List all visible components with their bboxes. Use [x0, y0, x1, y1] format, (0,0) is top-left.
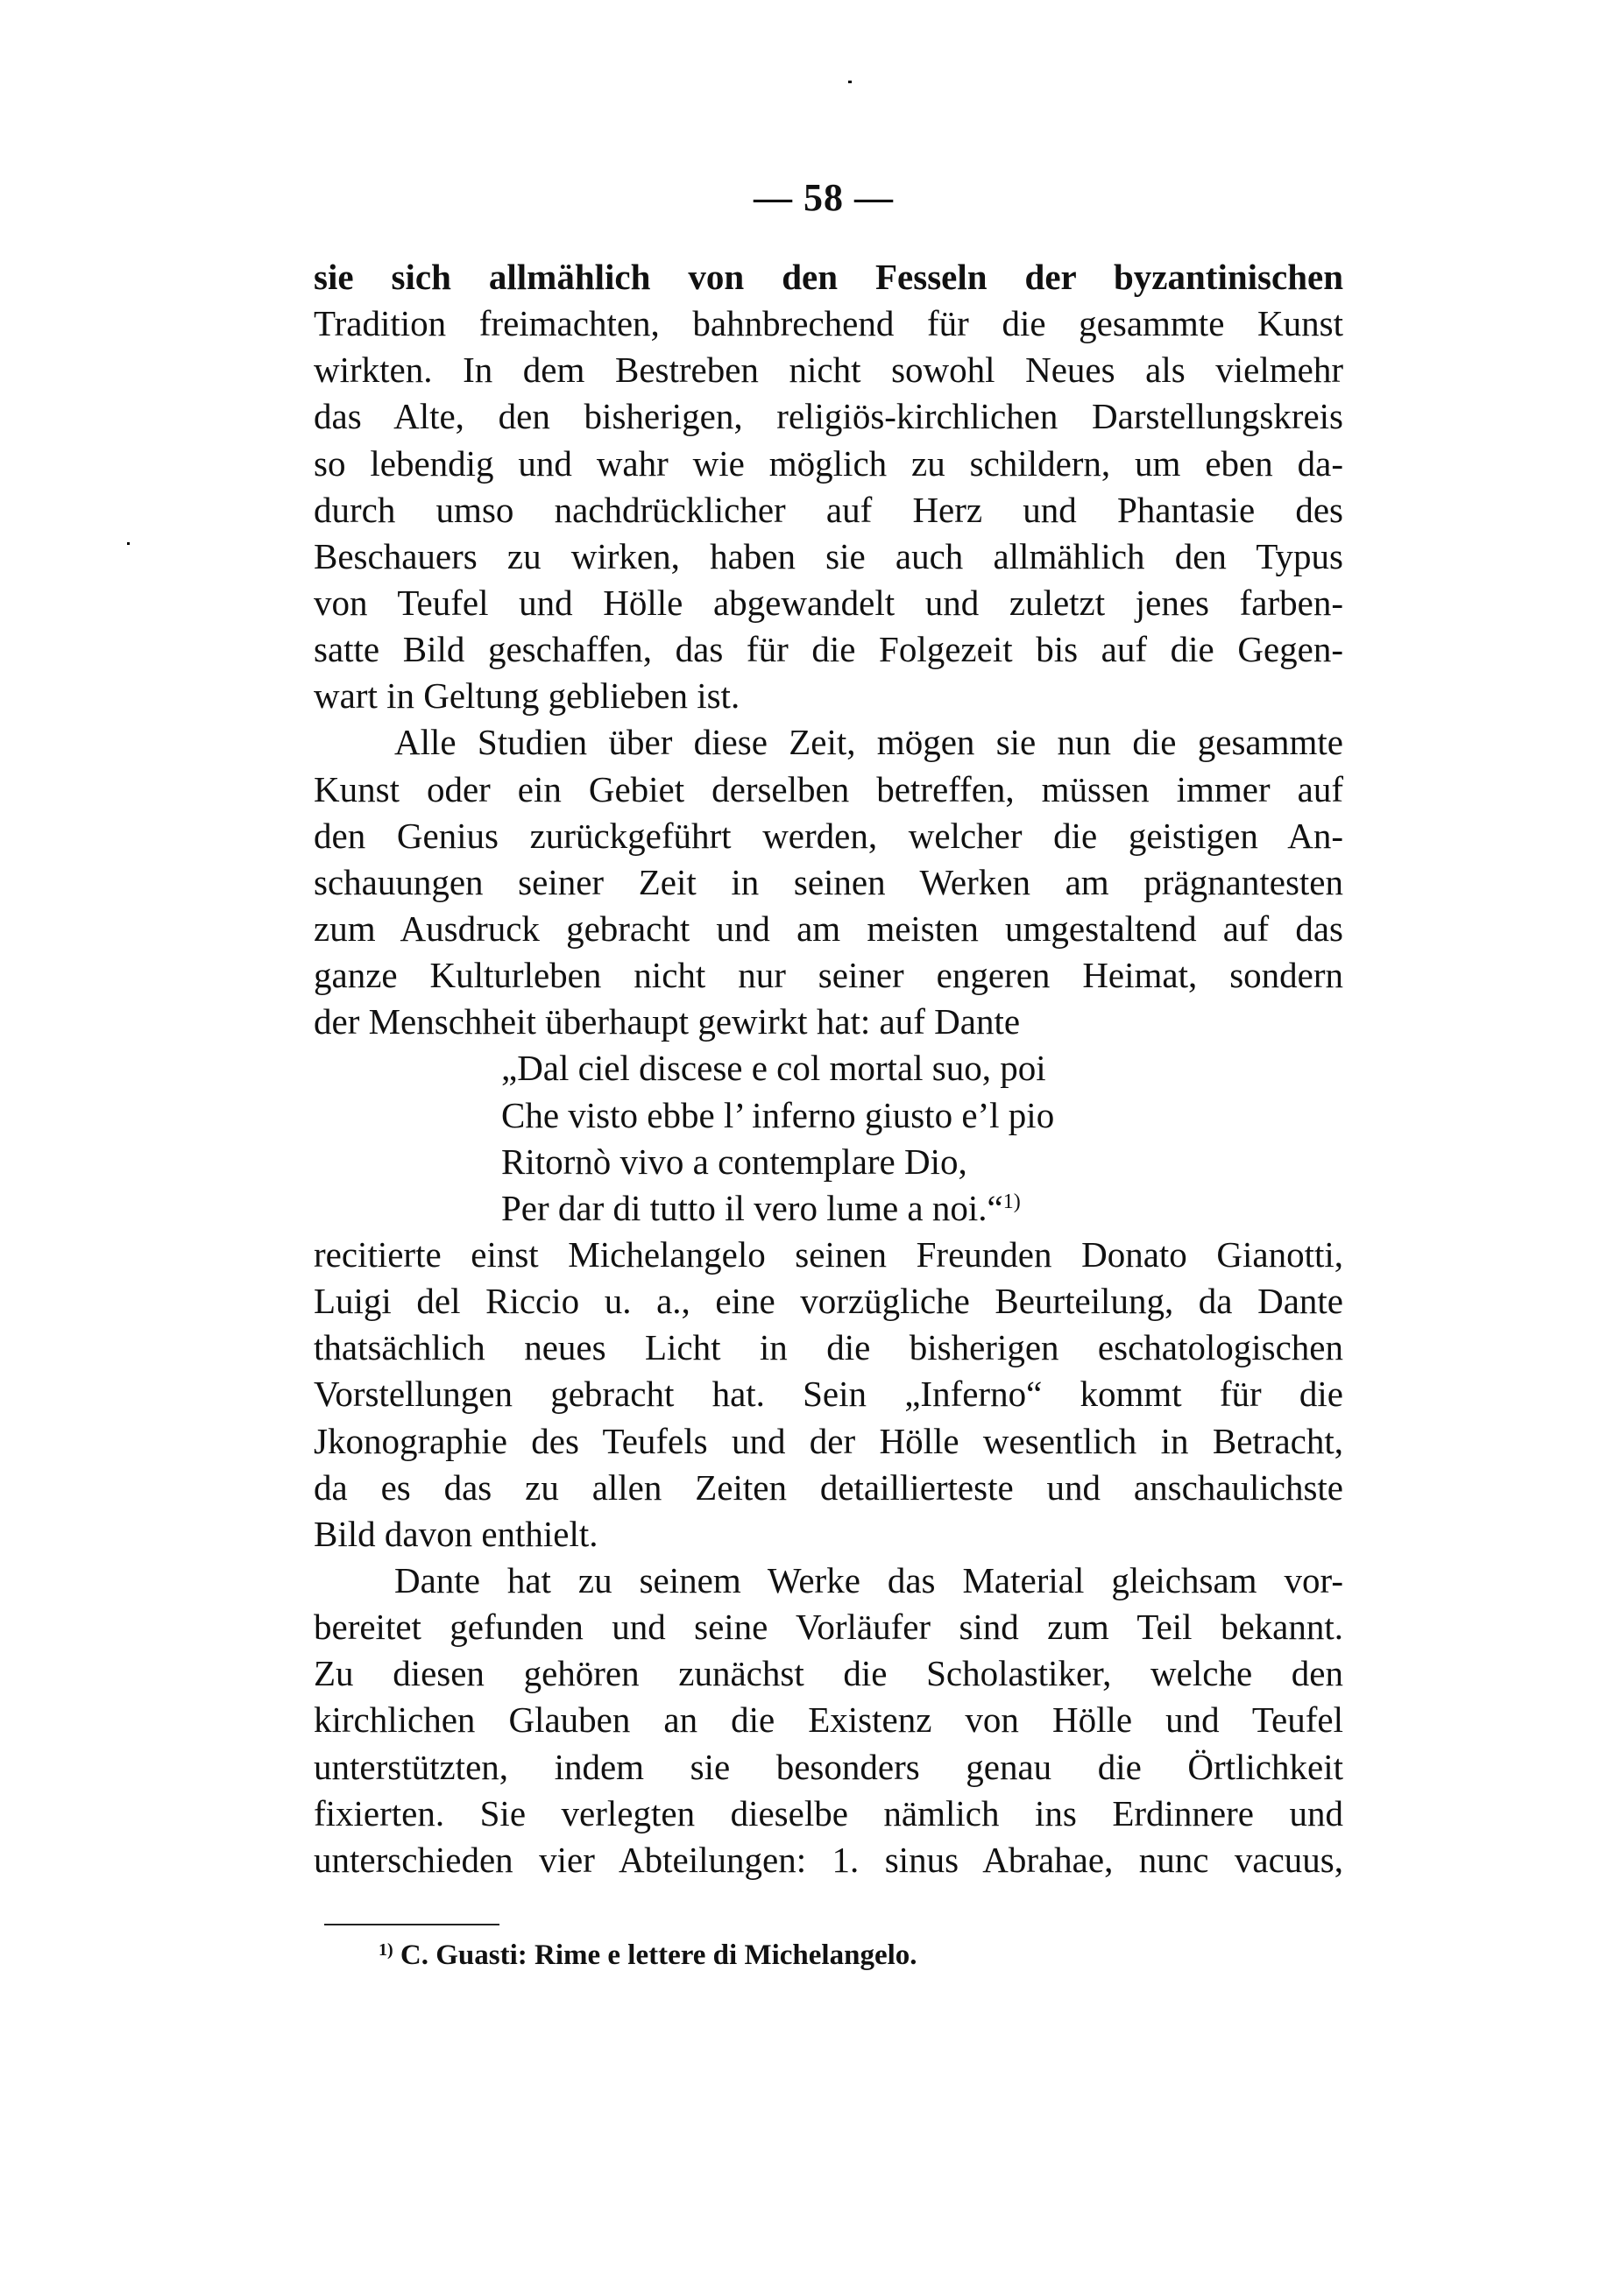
text-line: der Menschheit überhaupt gewirkt hat: au… [314, 999, 1343, 1045]
footnote: 1) C. Guasti: Rime e lettere di Michelan… [379, 1938, 917, 1973]
text-line: Kunst oder ein Gebiet derselben betreffe… [314, 767, 1343, 813]
text-line: wirkten. In dem Bestreben nicht sowohl N… [314, 347, 1343, 393]
text-line: Jkonographie des Teufels und der Hölle w… [314, 1418, 1343, 1465]
text-line: kirchlichen Glauben an die Existenz von … [314, 1697, 1343, 1743]
text-line: das Alte, den bisherigen, religiös-kirch… [314, 393, 1343, 440]
text-line: wart in Geltung geblieben ist. [314, 673, 1343, 719]
body-text: sie sich allmählich von den Fesseln der … [314, 254, 1343, 1883]
text-line: schauungen seiner Zeit in seinen Werken … [314, 859, 1343, 906]
text-line: ganze Kulturleben nicht nur seiner enger… [314, 952, 1343, 999]
text-line: den Genius zurückgeführt werden, welcher… [314, 813, 1343, 859]
text-line: Bild davon enthielt. [314, 1511, 1343, 1558]
scan-speck [848, 81, 852, 83]
text-line: unterschieden vier Abteilungen: 1. sinus… [314, 1837, 1343, 1883]
text-line: Zu diesen gehören zunächst die Scholasti… [314, 1650, 1343, 1697]
text-line: unterstützten, indem sie besonders genau… [314, 1744, 1343, 1791]
text-line: da es das zu allen Zeiten detailliertest… [314, 1465, 1343, 1511]
footnote-marker: 1) [379, 1940, 393, 1960]
text-line: fixierten. Sie verlegten dieselbe nämlic… [314, 1791, 1343, 1837]
text-line: satte Bild geschaffen, das für die Folge… [314, 626, 1343, 673]
text-line: recitierte einst Michelangelo seinen Fre… [314, 1232, 1343, 1278]
text-line: Tradition freimachten, bahnbrechend für … [314, 300, 1343, 347]
verse-line-text: Per dar di tutto il vero lume a noi.“ [501, 1188, 1003, 1228]
verse-line: Ritornò vivo a contemplare Dio, [314, 1139, 1343, 1185]
text-line: durch umso nachdrücklicher auf Herz und … [314, 487, 1343, 533]
text-line: so lebendig und wahr wie möglich zu schi… [314, 441, 1343, 487]
text-line: Vorstellungen gebracht hat. Sein „Infern… [314, 1371, 1343, 1417]
verse-line: Per dar di tutto il vero lume a noi.“1) [314, 1185, 1343, 1232]
footnote-text: C. Guasti: Rime e lettere di Michelangel… [400, 1939, 917, 1971]
verse-line: Che visto ebbe l’ inferno giusto e’l pio [314, 1092, 1343, 1139]
verse-line: „Dal ciel discese e col mortal suo, poi [314, 1045, 1343, 1091]
paragraph-start-line: Alle Studien über diese Zeit, mögen sie … [314, 719, 1343, 766]
scan-speck [127, 542, 130, 545]
text-line: thatsächlich neues Licht in die bisherig… [314, 1325, 1343, 1371]
book-page: — 58 — sie sich allmählich von den Fesse… [0, 0, 1607, 2296]
text-line: bereitet gefunden und seine Vorläufer si… [314, 1604, 1343, 1650]
text-line: von Teufel und Hölle abgewandelt und zul… [314, 580, 1343, 626]
text-line: Beschauers zu wirken, haben sie auch all… [314, 533, 1343, 580]
page-number: — 58 — [0, 172, 1607, 224]
text-line: sie sich allmählich von den Fesseln der … [314, 254, 1343, 300]
footnote-divider [324, 1924, 499, 1925]
footnote-reference[interactable]: 1) [1003, 1190, 1021, 1213]
text-line: Luigi del Riccio u. a., eine vorzügliche… [314, 1278, 1343, 1325]
paragraph-start-line: Dante hat zu seinem Werke das Material g… [314, 1558, 1343, 1604]
text-line: zum Ausdruck gebracht und am meisten umg… [314, 906, 1343, 952]
